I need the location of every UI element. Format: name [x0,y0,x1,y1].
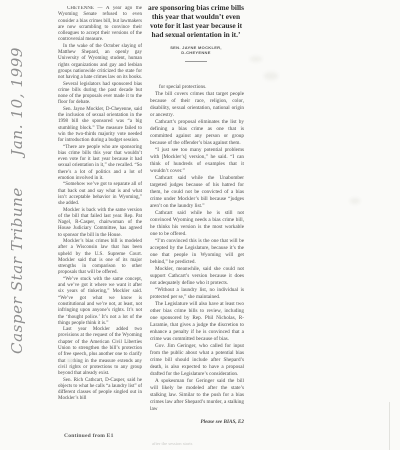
article-paragraph: Last year Mockler added two provisions a… [58,327,142,377]
scan-smudge [350,198,360,204]
article-paragraph: The bill covers crimes that target peopl… [150,91,244,119]
pull-quote-text: are sponsoring bias crime bills this yea… [146,3,246,39]
pull-quote-divider [185,61,207,62]
jump-line: Please see BIAS, E2 [150,419,244,425]
scan-smudge [264,72,278,80]
article-paragraph: Sen. Rich Cathcart, D-Casper, said he ob… [58,378,142,403]
article-paragraph: “Without a laundry list, no individual i… [150,287,244,301]
article-paragraph: “We’ve stuck with the same concept, and … [58,277,142,327]
article-paragraph: “There are people who are sponsoring bia… [58,145,142,183]
continued-from-label: Continued from E1 [64,433,114,439]
article-paragraph: Gov. Jim Geringer, who called for input … [150,343,244,378]
adjacent-clipping-edge [389,402,390,450]
scan-smudge [66,358,74,363]
article-column-1: CHEYENNE — A year ago the Wyoming Senate… [58,6,142,428]
article-paragraph: “I just see too many potential problems … [150,147,244,175]
pull-quote-attribution: SEN. JAYNE MOCKLER, D-CHEYENNE [146,45,246,55]
article-paragraph: Several legislators had sponsored bias c… [58,82,142,107]
article-paragraph: Cathcart said while the Unabomber target… [150,175,244,210]
annotation-publication: Casper Star Tribune [8,187,26,354]
pull-quote-block: are sponsoring bias crime bills this yea… [146,3,246,62]
article-paragraph: “I’m convinced this is the one that will… [150,238,244,266]
handwritten-annotation: Casper Star Tribune Jan. 10, 1999 [8,18,30,354]
article-paragraph: Sen. Jayne Mockler, D-Cheyenne, said the… [58,107,142,145]
article-paragraph: Cathcart’s proposal eliminates the list … [150,119,244,147]
scanned-newspaper-clipping: Casper Star Tribune Jan. 10, 1999 CHEYEN… [0,0,400,450]
article-paragraph: In the wake of the October slaying of Ma… [58,44,142,82]
article-paragraph: Cathcart said while he is still not conv… [150,210,244,238]
article-paragraph: CHEYENNE — A year ago the Wyoming Senate… [58,6,142,44]
article-paragraph: for special protections. [150,84,244,91]
next-section-text-fragment: after the session starts [152,441,192,446]
article-paragraph: Mockler is back with the same version of… [58,208,142,239]
article-paragraph: A spokesman for Geringer said the bill w… [150,378,244,413]
scan-smudge [250,56,262,62]
article-paragraph: “Somehow we’ve got to separate all of th… [58,182,142,207]
article-paragraph: The Legislature will also have at least … [150,301,244,343]
article-paragraph: Mockler’s bias crimes bill is modeled af… [58,239,142,277]
annotation-date: Jan. 10, 1999 [8,47,26,156]
article-column-2: for special protections.The bill covers … [150,84,244,418]
article-paragraph: Mockler, meanwhile, said she could not s… [150,266,244,287]
pull-quote-attribution-party: D-CHEYENNE [146,50,246,55]
